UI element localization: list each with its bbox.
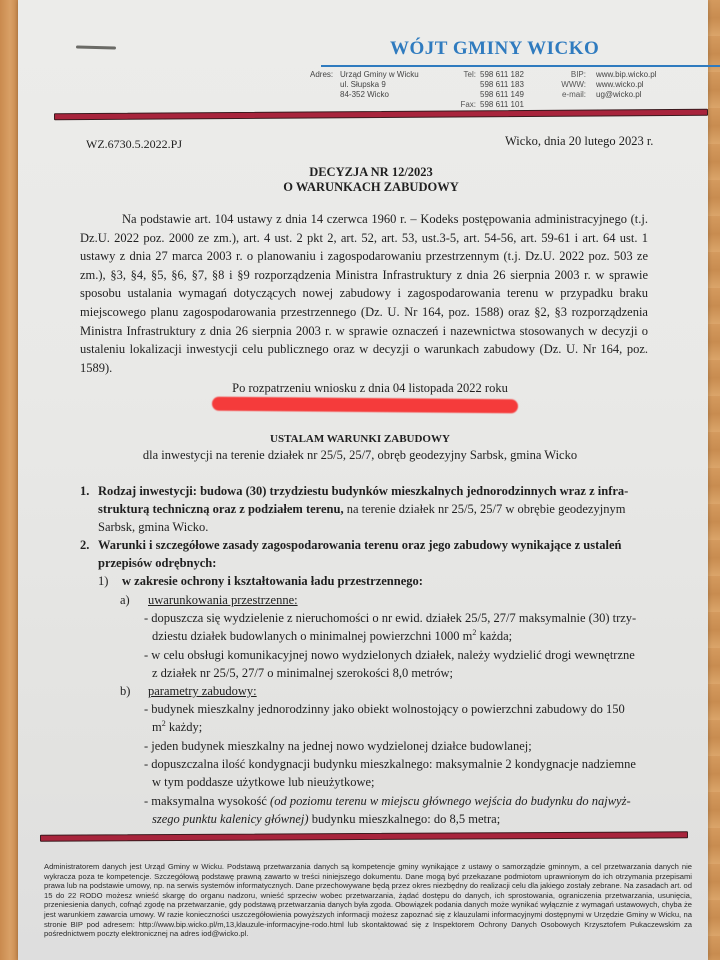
case-reference: WZ.6730.5.2022.PJ [86,137,182,152]
point-a-bullet-1-line-1: - dopuszcza się wydzielenie z nieruchomo… [144,611,636,626]
item-1-line-1: Rodzaj inwestycji: budowa (30) trzydzies… [98,484,628,499]
subsection-number: 1) [98,574,108,589]
document-date: Wicko, dnia 20 lutego 2023 r. [505,134,653,149]
point-b-bullet-1-line-1: - budynek mieszkalny jednorodzinny jako … [144,702,625,717]
item-1: 1. [80,484,89,499]
application-line: Po rozpatrzeniu wniosku z dnia 04 listop… [10,381,720,396]
decision-subject: O WARUNKACH ZABUDOWY [26,180,716,195]
header-red-rule [54,109,708,121]
item-2-line-2: przepisów odrębnych: [98,556,216,571]
point-a-bullet-2-line-2: z działek nr 25/5, 27/7 o minimalnej sze… [152,666,453,681]
item-1-line-3: Sarbsk, gmina Wicko. [98,520,208,535]
point-a-heading: uwarunkowania przestrzenne: [148,593,298,608]
redaction-mark [212,397,518,414]
letterhead-divider [321,65,720,67]
point-b-letter: b) [120,684,130,699]
letterhead-web-labels: BIP: WWW: e-mail: [556,70,586,100]
gdpr-notice: Administratorem danych jest Urząd Gminy … [44,862,692,939]
decision-number: DECYZJA NR 12/2023 [26,165,716,180]
point-b-bullet-3-line-1: - dopuszczalna ilość kondygnacji budynku… [144,757,636,772]
letterhead-web: www.bip.wicko.pl www.wicko.pl ug@wicko.p… [596,70,656,100]
bip-link[interactable]: www.bip.wicko.pl [596,70,656,80]
letterhead-phone-labels: Tel: Fax: [456,70,476,110]
point-a-bullet-1-line-2: dziestu działek budowlanych o minimalnej… [152,629,512,644]
document-page: WÓJT GMINY WICKO Adres: Urząd Gminy w Wi… [18,0,708,960]
item-2-line-1: Warunki i szczegółowe zasady zagospodaro… [98,538,621,553]
point-b-heading: parametry zabudowy: [148,684,257,699]
email-link[interactable]: ug@wicko.pl [596,90,656,100]
point-b-bullet-1-line-2: m2 każdy; [152,720,202,735]
letterhead-address: Urząd Gminy w Wicku ul. Słupska 9 84-352… [340,70,419,100]
decision-subheading: dla inwestycji na terenie działek nr 25/… [0,448,720,463]
point-b-bullet-4-line-2: szego punktu kalenicy głównej) budynku m… [152,812,500,827]
letterhead-title: WÓJT GMINY WICKO [390,38,599,60]
point-a-letter: a) [120,593,130,608]
point-b-bullet-4-line-1: - maksymalna wysokość (od poziomu terenu… [144,794,631,809]
item-1-line-2: strukturą techniczną oraz z podziałem te… [98,502,625,517]
subsection-label: w zakresie ochrony i kształtowania ładu … [122,574,423,589]
staple-mark [76,45,116,49]
decision-heading: USTALAM WARUNKI ZABUDOWY [0,433,720,445]
wooden-table-background [706,0,720,960]
footer-red-rule [40,831,688,841]
letterhead-address-label: Adres: [310,70,333,80]
point-a-bullet-2-line-1: - w celu obsługi komunikacyjnej nowo wyd… [144,648,635,663]
point-b-bullet-2: - jeden budynek mieszkalny na jednej now… [144,739,532,754]
item-2-number: 2. [80,538,89,553]
letterhead-phones: 598 611 182 598 611 183 598 611 149 598 … [480,70,524,110]
point-b-bullet-3-line-2: w tym poddasze użytkowe lub nieużytkowe; [152,775,375,790]
legal-basis-paragraph: Na podstawie art. 104 ustawy z dnia 14 c… [80,210,648,377]
www-link[interactable]: www.wicko.pl [596,80,656,90]
